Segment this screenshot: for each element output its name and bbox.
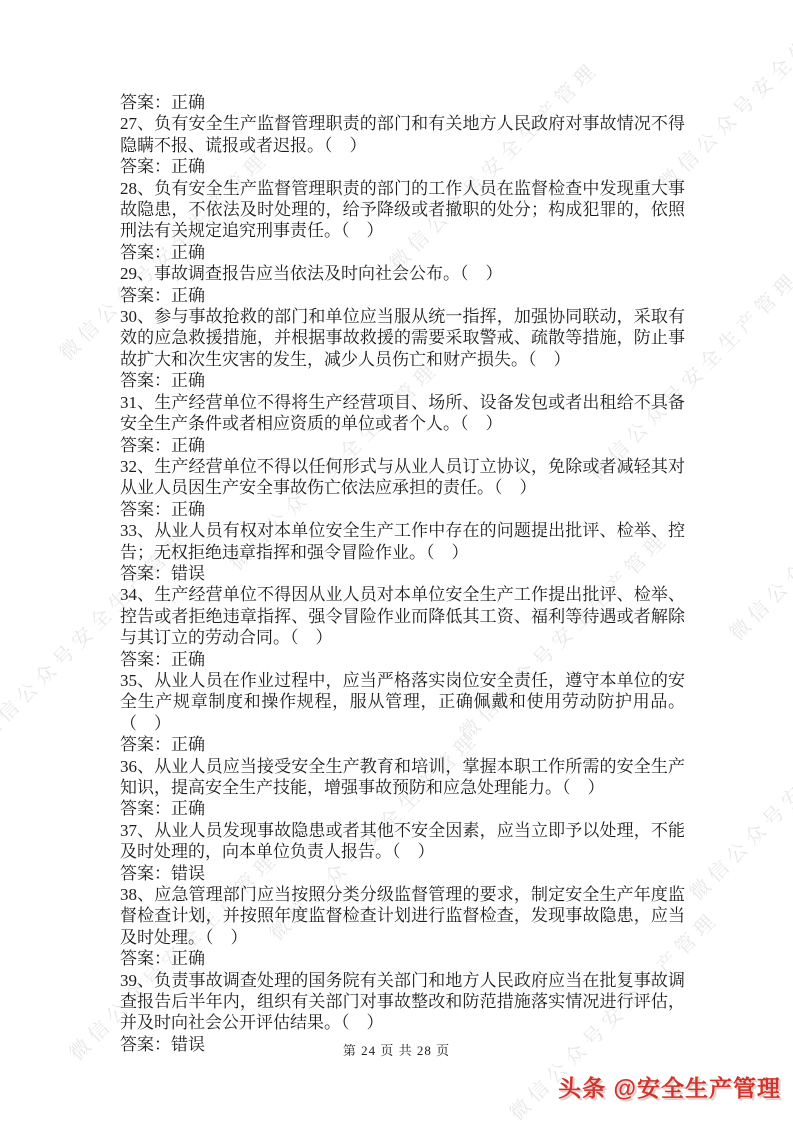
answer-line: 答案：错误 xyxy=(120,863,685,884)
answer-line: 答案：正确 xyxy=(120,92,685,113)
answer-line: 答案：正确 xyxy=(120,285,685,306)
answer-line: 答案：正确 xyxy=(120,734,685,755)
question-text: 34、生产经营单位不得因从业人员对本单位安全生产工作提出批评、检举、控告或者拒绝… xyxy=(120,584,685,648)
question-text: 38、应急管理部门应当按照分类分级监督管理的要求，制定安全生产年度监督检查计划，… xyxy=(120,884,685,948)
question-text: 36、从业人员应当接受安全生产教育和培训，掌握本职工作所需的安全生产知识，提高安… xyxy=(120,756,685,799)
answer-line: 答案：正确 xyxy=(120,156,685,177)
question-text: 29、事故调查报告应当依法及时向社会公布。（ ） xyxy=(120,263,685,284)
answer-line: 答案：错误 xyxy=(120,563,685,584)
question-text: 39、负责事故调查处理的国务院有关部门和地方人民政府应当在批复事故调查报告后半年… xyxy=(120,970,685,1034)
question-text: 30、参与事故抢救的部门和单位应当服从统一指挥，加强协同联动，采取有效的应急救援… xyxy=(120,306,685,370)
question-text: 31、生产经营单位不得将生产经营项目、场所、设备发包或者出租给不具备安全生产条件… xyxy=(120,392,685,435)
question-text: 32、生产经营单位不得以任何形式与从业人员订立协议，免除或者减轻其对从业人员因生… xyxy=(120,456,685,499)
page-number: 第 24 页 共 28 页 xyxy=(0,1040,793,1059)
answer-line: 答案：正确 xyxy=(120,499,685,520)
question-text: 27、负有安全生产监督管理职责的部门和有关地方人民政府对事故情况不得隐瞒不报、谎… xyxy=(120,113,685,156)
document-page: 微信公众号安全生产管理 微信公众号安全生产管理 微信公众号安全生产管理 微信公众… xyxy=(0,0,793,1122)
answer-line: 答案：正确 xyxy=(120,649,685,670)
answer-line: 答案：正确 xyxy=(120,370,685,391)
answer-line: 答案：正确 xyxy=(120,798,685,819)
answer-line: 答案：正确 xyxy=(120,948,685,969)
question-text: 35、从业人员在作业过程中，应当严格落实岗位安全责任，遵守本单位的安全生产规章制… xyxy=(120,670,685,734)
watermark-text: 微信公众号安全生产管理 xyxy=(722,423,793,646)
question-text: 37、从业人员发现事故隐患或者其他不安全因素，应当立即予以处理，不能及时处理的，… xyxy=(120,820,685,863)
question-text: 28、负有安全生产监督管理职责的部门的工作人员在监督检查中发现重大事故隐患，不依… xyxy=(120,178,685,242)
question-text: 33、从业人员有权对本单位安全生产工作中存在的问题提出批评、检举、控告；无权拒绝… xyxy=(120,520,685,563)
watermark-text: 微信公众号安全生产管理 xyxy=(682,683,793,906)
toutiao-watermark-badge: 头条 @安全生产管理 xyxy=(558,1070,781,1103)
answer-line: 答案：正确 xyxy=(120,435,685,456)
answer-line: 答案：正确 xyxy=(120,242,685,263)
question-list: 答案：正确 27、负有安全生产监督管理职责的部门和有关地方人民政府对事故情况不得… xyxy=(120,92,685,1055)
